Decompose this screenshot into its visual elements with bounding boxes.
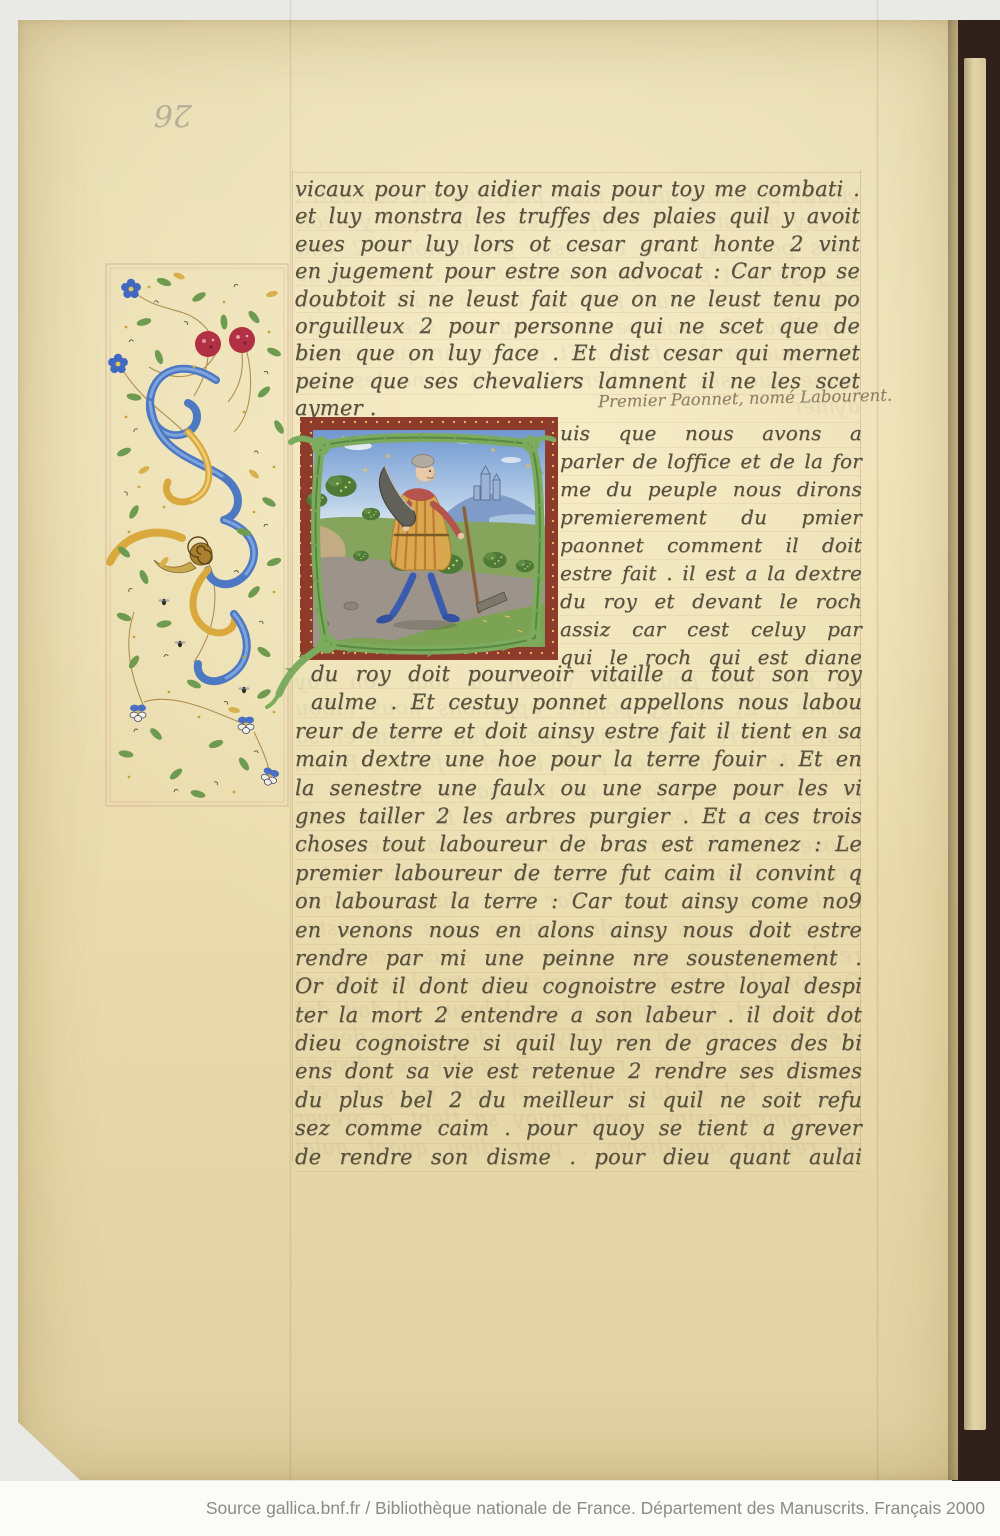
manuscript-text-line: parler de loffice et de la for bbox=[560, 448, 862, 476]
pansy-flower bbox=[259, 766, 280, 787]
manuscript-text-line: main dextre une hoe pour la terre fouir … bbox=[295, 746, 862, 774]
gallica-caption-bar: Source gallica.bnf.fr / Bibliothèque nat… bbox=[0, 1481, 1000, 1536]
pansy-flower bbox=[130, 705, 146, 722]
manuscript-text-line: dieu cognoistre si quil luy ren de grace… bbox=[295, 1030, 862, 1058]
manuscript-text-line: ter la mort 2 entendre a son labeur . il… bbox=[295, 1002, 862, 1030]
text-block-top: vicaux pour toy aidier mais pour toy me … bbox=[295, 176, 860, 423]
fly-insect bbox=[174, 641, 185, 647]
parchment-crease bbox=[876, 0, 879, 1536]
manuscript-text-line: sez comme caim . pour quoy se tient a gr… bbox=[295, 1115, 862, 1143]
manuscript-text-line: on labourast la terre : Car tout ainsy c… bbox=[295, 888, 862, 916]
manuscript-text-line: premierement du pmier bbox=[560, 504, 862, 532]
manuscript-text-line: du roy et devant le roch bbox=[560, 588, 862, 616]
manuscript-text-line: gnes tailler 2 les arbres purgier . Et a… bbox=[295, 803, 862, 831]
digitized-manuscript-scan: 26 vicaux pour toy aidier mais pour toy … bbox=[0, 0, 1000, 1536]
fur-hat bbox=[412, 455, 434, 468]
manuscript-text-line: estre fait . il est a la dextre bbox=[560, 560, 862, 588]
red-blossom bbox=[195, 331, 221, 357]
manuscript-text-line: la senestre une faulx ou une sarpe pour … bbox=[295, 775, 862, 803]
manuscript-text-line: bien que on luy face . Et dist cesar qui… bbox=[295, 340, 860, 367]
text-block-bottom: du roy doit pourveoir vitaille a tout so… bbox=[295, 661, 862, 1172]
manuscript-text-line: me du peuple nous dirons bbox=[560, 476, 862, 504]
adjacent-folio-edge bbox=[964, 58, 986, 1430]
manuscript-text-line: reur de terre et doit ainsy estre fait i… bbox=[295, 718, 862, 746]
blue-flower bbox=[121, 279, 141, 298]
manuscript-text-line: de rendre son disme . pour dieu quant au… bbox=[295, 1144, 862, 1172]
blue-flower bbox=[108, 354, 128, 373]
ruling-top-line bbox=[293, 172, 860, 173]
manuscript-text-line: en venons nous en alons ainsy nous doit … bbox=[295, 917, 862, 945]
gutter-shadow bbox=[948, 20, 962, 1480]
acanthus-scrolls bbox=[110, 369, 254, 681]
manuscript-text-line: Or doit il dont dieu cognoistre estre lo… bbox=[295, 973, 862, 1001]
manuscript-text-line: choses tout laboureur de bras est ramene… bbox=[295, 831, 862, 859]
pansy-flower bbox=[238, 717, 254, 734]
manuscript-text-line: en jugement pour estre son advocat : Car… bbox=[295, 258, 860, 285]
snail-motif bbox=[154, 537, 212, 573]
manuscript-text-line: rendre par mi une peinne nre soustenemen… bbox=[295, 945, 862, 973]
fly-insect bbox=[158, 599, 169, 605]
manuscript-text-line: assiz car cest celuy par bbox=[560, 616, 862, 644]
manuscript-text-line: ens dont sa vie est retenue 2 rendre ses… bbox=[295, 1058, 862, 1086]
fly-insect bbox=[238, 687, 249, 693]
red-blossom bbox=[229, 327, 255, 353]
folio-number-pencil: 26 bbox=[112, 86, 192, 132]
source-caption: Source gallica.bnf.fr / Bibliothèque nat… bbox=[206, 1498, 1000, 1519]
manuscript-text-line: vicaux pour toy aidier mais pour toy me … bbox=[295, 176, 860, 203]
manuscript-text-line: doubtoit si ne leust fait que on ne leus… bbox=[295, 286, 860, 313]
manuscript-text-line: eues pour luy lors ot cesar grant honte … bbox=[295, 231, 860, 258]
manuscript-text-line: paonnet comment il doit bbox=[560, 532, 862, 560]
miniature-laborer-scene bbox=[253, 408, 568, 708]
manuscript-text-line: et luy monstra les truffes des plaies qu… bbox=[295, 203, 860, 230]
manuscript-text-line: premier laboureur de terre fut caim il c… bbox=[295, 860, 862, 888]
manuscript-text-line: uis que nous avons a bbox=[560, 420, 862, 448]
text-block-beside-miniature: uis que nous avons aparler de loffice et… bbox=[560, 420, 862, 672]
manuscript-text-line: orguilleux 2 pour personne qui ne scet q… bbox=[295, 313, 860, 340]
manuscript-text-line: du plus bel 2 du meilleur si quil ne soi… bbox=[295, 1087, 862, 1115]
